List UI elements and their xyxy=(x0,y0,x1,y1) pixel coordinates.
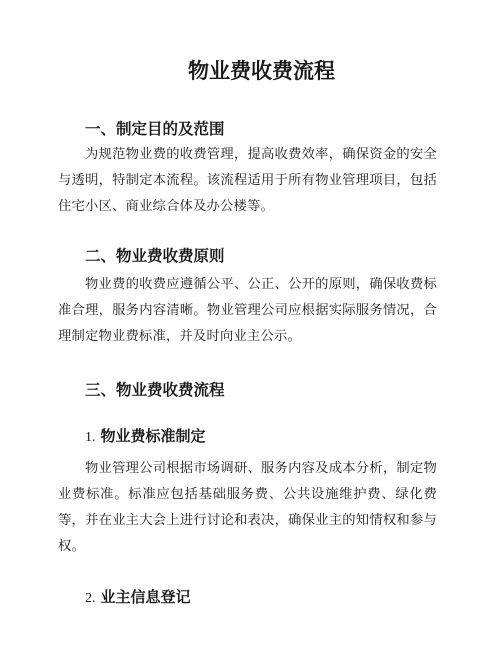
subsection-number-2: 2. xyxy=(85,591,96,606)
subsection-title-owner-registration: 业主信息登记 xyxy=(101,589,191,606)
subsection-title-fee-standard: 物业费标准制定 xyxy=(101,428,206,445)
document-title: 物业费收费流程 xyxy=(58,60,437,84)
section-heading-process: 三、物业费收费流程 xyxy=(58,382,437,400)
subsection-heading-fee-standard: 1.物业费标准制定 xyxy=(58,428,437,447)
document-page: 物业费收费流程 一、制定目的及范围 为规范物业费的收费管理，提高收费效率，确保资… xyxy=(0,0,500,647)
subsection-number-1: 1. xyxy=(85,430,96,445)
section-heading-purpose-scope: 一、制定目的及范围 xyxy=(58,121,437,139)
section-heading-principles: 二、物业费收费原则 xyxy=(58,248,437,266)
paragraph-principles: 物业费的收费应遵循公平、公正、公开的原则，确保收费标准合理，服务内容清晰。物业管… xyxy=(58,271,437,349)
paragraph-fee-standard: 物业管理公司根据市场调研、服务内容及成本分析，制定物业费标准。标准应包括基础服务… xyxy=(58,455,437,559)
paragraph-purpose-scope: 为规范物业费的收费管理，提高收费效率，确保资金的安全与透明，特制定本流程。该流程… xyxy=(58,141,437,219)
subsection-heading-owner-registration: 2.业主信息登记 xyxy=(58,589,437,608)
